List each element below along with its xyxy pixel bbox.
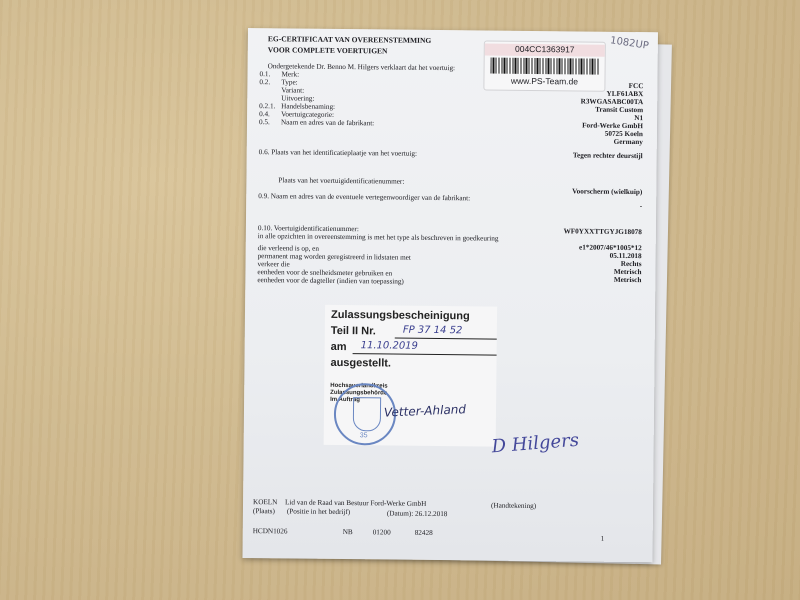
manufacturer-country: Germany (614, 138, 643, 147)
page-number: 1 (601, 535, 605, 544)
clerk-signature: Vetter-Ahland (384, 402, 467, 420)
footer-code: HCDN1026 (253, 527, 288, 536)
handwritten-note: 1082UP (609, 35, 649, 53)
coc-certificate-page: EG-CERTIFICAAT VAN OVEREENSTEMMING VOOR … (242, 28, 658, 562)
issued-label: ausgestellt. (330, 357, 391, 371)
representative-value: - (640, 202, 643, 211)
registration-stamp: Zulassungsbescheinigung Teil II Nr. FP 3… (324, 305, 497, 447)
footer-nb: NB (343, 528, 353, 537)
seal-number: 35 (360, 432, 368, 441)
signature-date: (Datum): 26.12.2018 (387, 509, 448, 519)
position-label: (Positie in het bedrijf) (287, 507, 350, 517)
place-label: (Plaats) (253, 507, 275, 516)
teil-value: FP 37 14 52 (395, 325, 497, 340)
plate-location-value: Tegen rechter deurstijl (573, 151, 643, 161)
certificate-title-line2: VOOR COMPLETE VOERTUIGEN (268, 45, 388, 56)
teil-label: Teil II Nr. (331, 325, 376, 339)
stamp-title: Zulassungsbescheinigung (331, 309, 470, 324)
signature-label: (Handtekening) (491, 502, 536, 511)
am-label: am (331, 341, 347, 355)
certificate-title-line1: EG-CERTIFICAAT VAN OVEREENSTEMMING (268, 34, 431, 45)
coat-of-arms-icon (353, 397, 381, 431)
footer-num1: 01200 (373, 528, 391, 537)
sticker-code: 004CC1363917 (485, 43, 605, 56)
handwritten-signature: D Hilgers (491, 430, 580, 459)
am-value: 11.10.2019 (353, 340, 497, 355)
footer-num2: 82428 (415, 529, 433, 538)
signature-place: KOELN (253, 498, 277, 507)
